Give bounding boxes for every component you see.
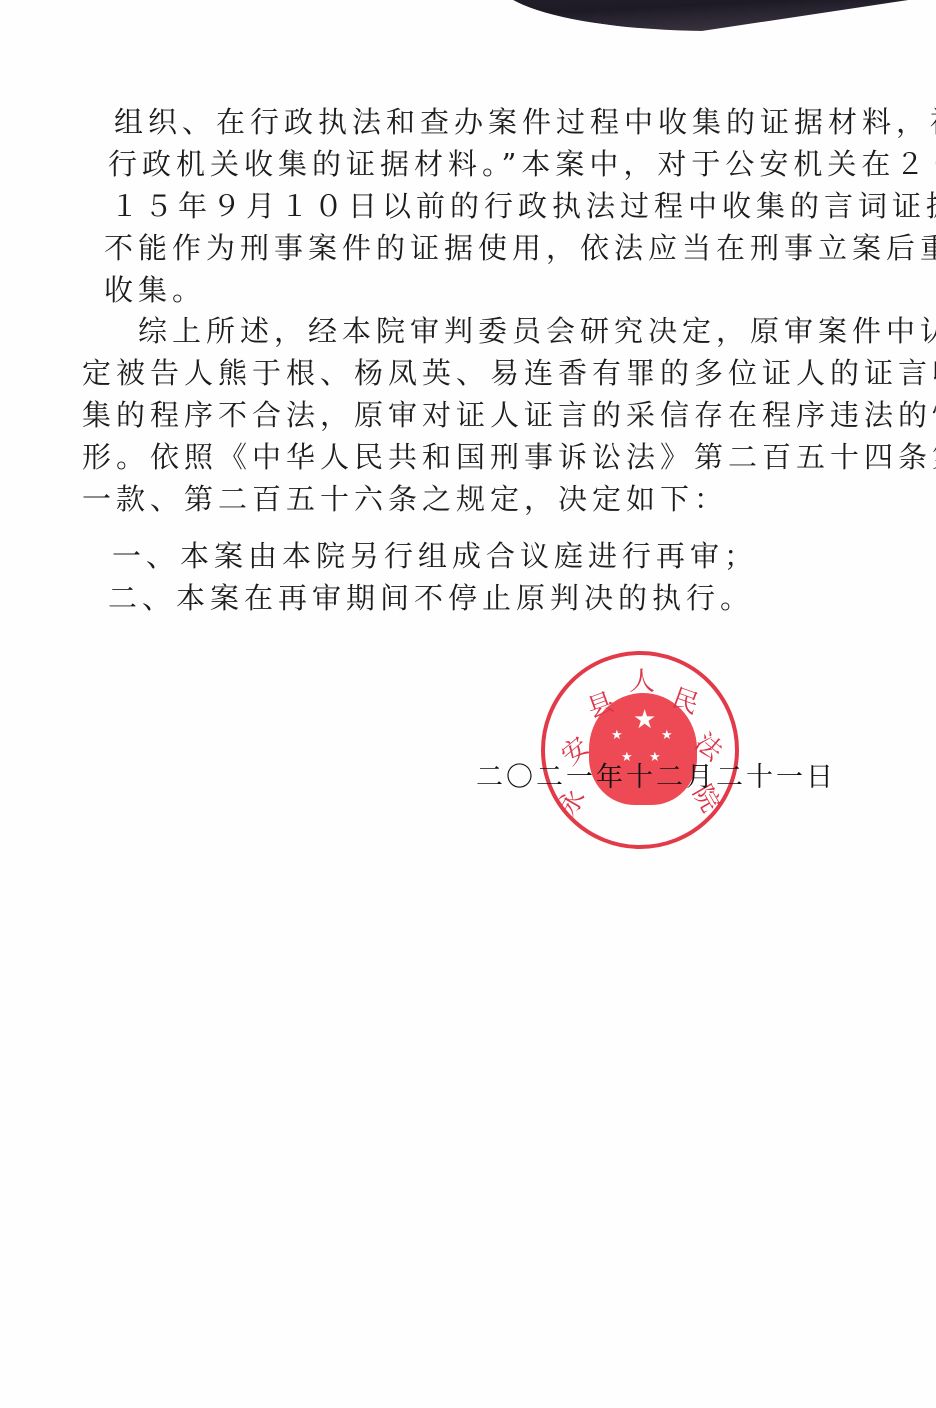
decision-item-2: 二、本案在再审期间不停止原判决的执行。	[108, 580, 754, 616]
conclusion-line: 综上所述，经本院审判委员会研究决定，原审案件中认	[138, 313, 936, 349]
court-seal: ★ ★ ★ ★ ★ 永 安 县 人 民 法 院	[541, 651, 739, 849]
photo-edge-shadow	[485, 0, 936, 45]
conclusion-line: 一款、第二百五十六条之规定，决定如下：	[82, 481, 728, 517]
body-line: 行政机关收集的证据材料。”本案中，对于公安机关在２０	[108, 146, 936, 182]
conclusion-line: 定被告人熊于根、杨凤英、易连香有罪的多位证人的证言收	[82, 355, 936, 391]
body-line: １５年９月１０日以前的行政执法过程中收集的言词证据，	[110, 188, 936, 224]
conclusion-line: 形。依照《中华人民共和国刑事诉讼法》第二百五十四条第	[82, 439, 936, 475]
body-line: 组织、在行政执法和查办案件过程中收集的证据材料，视为	[114, 104, 936, 140]
body-line: 不能作为刑事案件的证据使用，依法应当在刑事立案后重新	[104, 230, 936, 266]
document-date: 二〇二一年十二月二十一日	[476, 755, 836, 794]
body-line: 收集。	[104, 272, 206, 308]
conclusion-line: 集的程序不合法，原审对证人证言的采信存在程序违法的情	[82, 397, 936, 433]
decision-item-1: 一、本案由本院另行组成合议庭进行再审；	[112, 538, 758, 574]
